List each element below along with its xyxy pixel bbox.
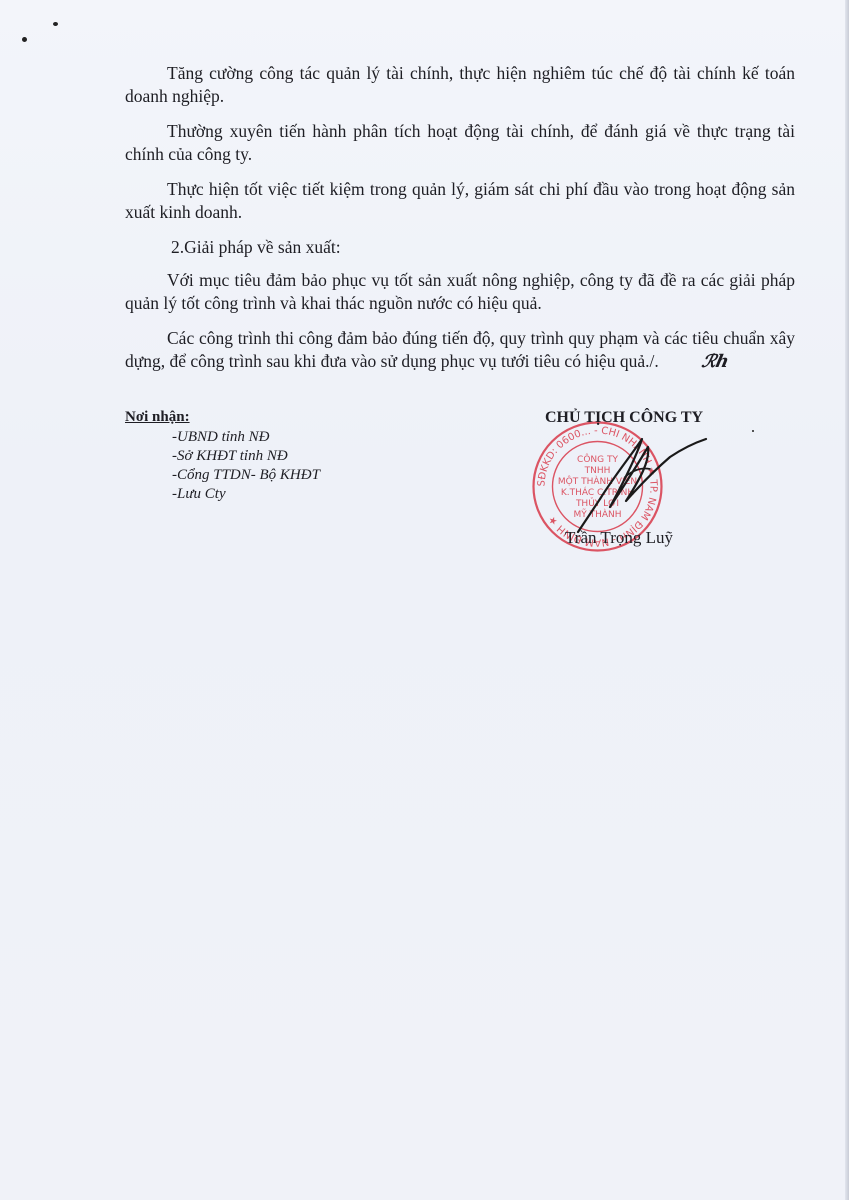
final-paragraph: Các công trình thi công đảm bảo đúng tiế…: [125, 327, 795, 373]
recipient-item: -Lưu Cty: [125, 485, 320, 504]
document-page: Tăng cường công tác quản lý tài chính, t…: [0, 0, 849, 1200]
paragraph: Thường xuyên tiến hành phân tích hoạt độ…: [125, 120, 795, 166]
initial-mark: ℛℎ: [657, 350, 731, 373]
scan-speck: [752, 430, 754, 432]
recipients-block: Nơi nhận: -UBND tỉnh NĐ -Sở KHĐT tỉnh NĐ…: [125, 408, 320, 504]
recipient-item: -Cổng TTDN- Bộ KHĐT: [125, 466, 320, 485]
paragraph: Với mục tiêu đảm bảo phục vụ tốt sản xuấ…: [125, 269, 795, 315]
document-body: Tăng cường công tác quản lý tài chính, t…: [125, 62, 795, 385]
page-edge-shadow: [845, 0, 849, 1200]
recipients-title: Nơi nhận:: [125, 408, 320, 427]
scan-speck: [22, 37, 27, 42]
scan-speck: [53, 22, 58, 26]
section-heading: 2.Giải pháp về sản xuất:: [125, 236, 795, 259]
handwritten-signature: [570, 427, 710, 537]
paragraph: Thực hiện tốt việc tiết kiệm trong quản …: [125, 178, 795, 224]
signer-title: CHỦ TỊCH CÔNG TY: [545, 409, 703, 427]
recipient-item: -UBND tỉnh NĐ: [125, 428, 320, 447]
signature-block: CHỦ TỊCH CÔNG TY SĐKKD: 0600... - CHI NH…: [520, 405, 740, 575]
paragraph: Tăng cường công tác quản lý tài chính, t…: [125, 62, 795, 108]
recipient-item: -Sở KHĐT tỉnh NĐ: [125, 447, 320, 466]
